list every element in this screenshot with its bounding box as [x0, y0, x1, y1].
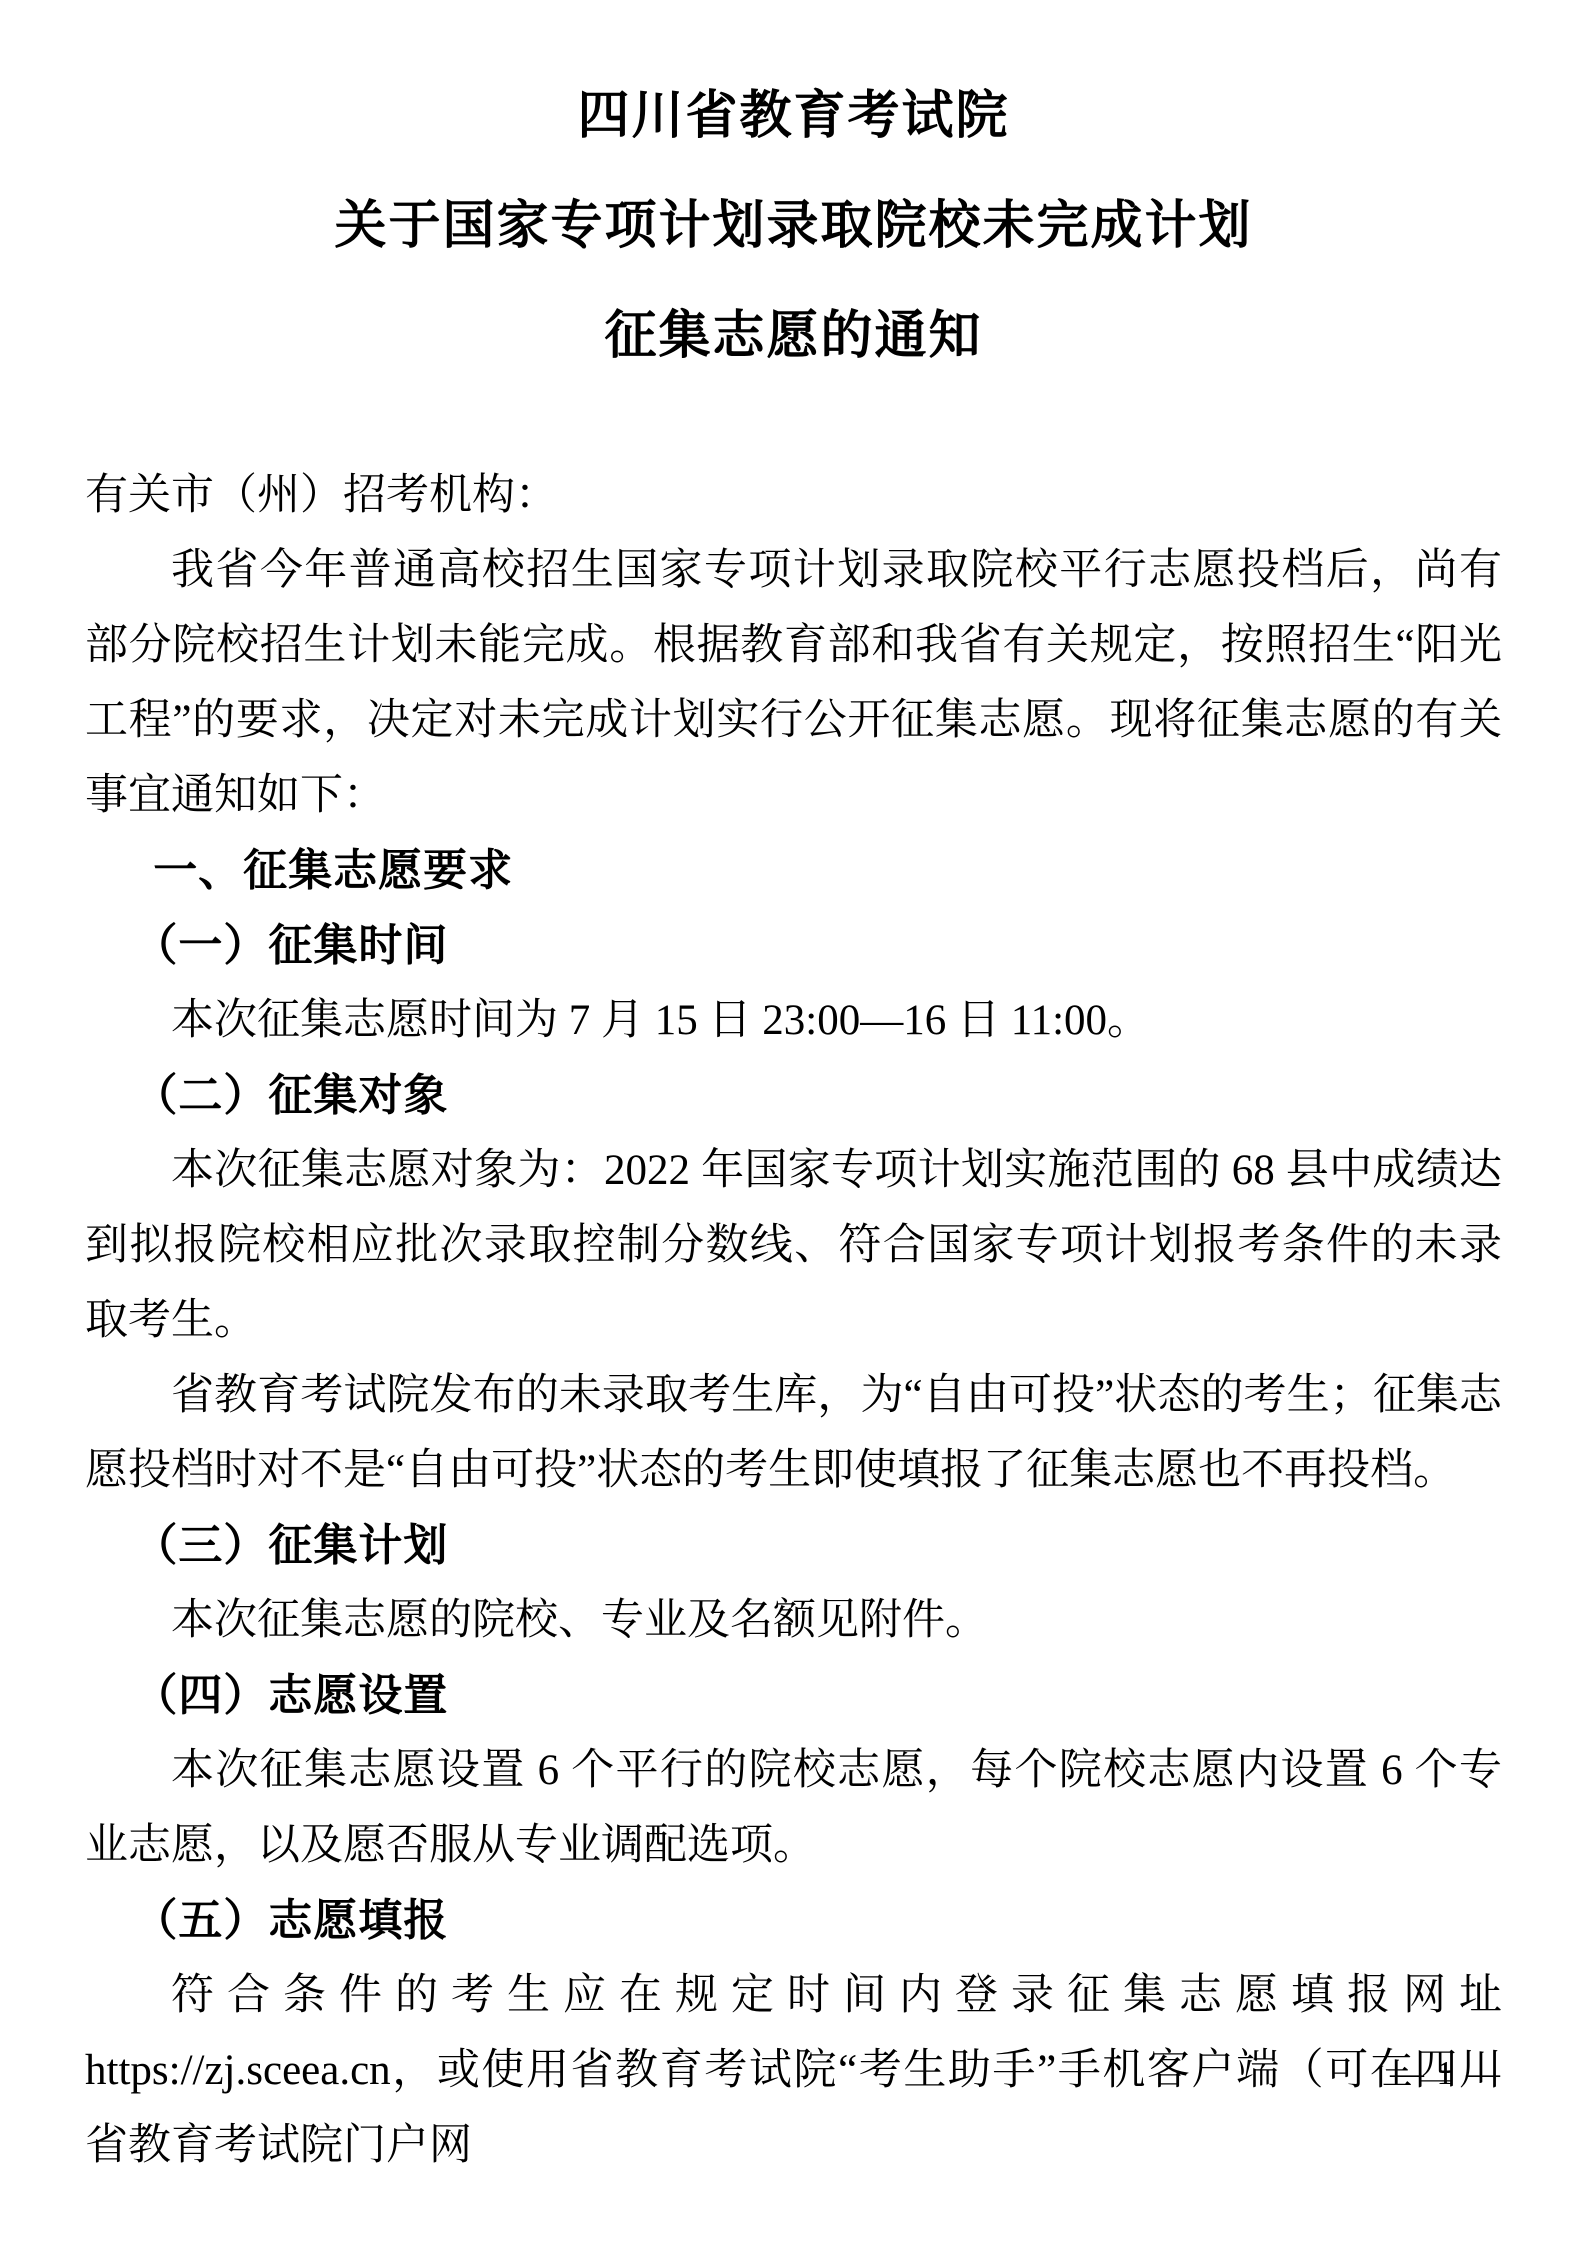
page-number: — 1 —	[1390, 2055, 1502, 2093]
target-paragraph-1: 本次征集志愿对象为：2022 年国家专项计划实施范围的 68 县中成绩达到拟报院…	[85, 1133, 1502, 1358]
subsection-heading-volunteer-filing: （五）志愿填报	[85, 1883, 1502, 1958]
subsection-heading-time: （一）征集时间	[85, 908, 1502, 983]
volunteer-setup-paragraph: 本次征集志愿设置 6 个平行的院校志愿，每个院校志愿内设置 6 个专业志愿，以及…	[85, 1733, 1502, 1883]
section-heading-requirements: 一、征集志愿要求	[85, 833, 1502, 908]
filing-text-prefix: 符合条件的考生应在规定时间内登录征集志愿填报网址	[171, 1972, 1502, 2019]
subsection-heading-target: （二）征集对象	[85, 1058, 1502, 1133]
collection-time-paragraph: 本次征集志愿时间为 7 月 15 日 23:00—16 日 11:00。	[85, 983, 1502, 1058]
title-line-notice: 征集志愿的通知	[0, 282, 1587, 392]
title-line-subject: 关于国家专项计划录取院校未完成计划	[0, 172, 1587, 282]
plan-paragraph: 本次征集志愿的院校、专业及名额见附件。	[85, 1583, 1502, 1658]
intro-paragraph: 我省今年普通高校招生国家专项计划录取院校平行志愿投档后，尚有部分院校招生计划未能…	[85, 533, 1502, 833]
subsection-heading-volunteer-setup: （四）志愿设置	[85, 1658, 1502, 1733]
title-line-authority: 四川省教育考试院	[0, 62, 1587, 172]
target-paragraph-2: 省教育考试院发布的未录取考生库，为“自由可投”状态的考生；征集志愿投档时对不是“…	[85, 1358, 1502, 1508]
salutation: 有关市（州）招考机构：	[85, 458, 1502, 533]
document-body: 有关市（州）招考机构： 我省今年普通高校招生国家专项计划录取院校平行志愿投档后，…	[85, 458, 1502, 2183]
document-page: 四川省教育考试院 关于国家专项计划录取院校未完成计划 征集志愿的通知 有关市（州…	[0, 0, 1587, 2245]
volunteer-website-url: https://zj.sceea.cn	[85, 2047, 391, 2094]
subsection-heading-plan: （三）征集计划	[85, 1508, 1502, 1583]
volunteer-filing-paragraph: 符合条件的考生应在规定时间内登录征集志愿填报网址 https://zj.scee…	[85, 1958, 1502, 2183]
document-title: 四川省教育考试院 关于国家专项计划录取院校未完成计划 征集志愿的通知	[0, 0, 1587, 392]
